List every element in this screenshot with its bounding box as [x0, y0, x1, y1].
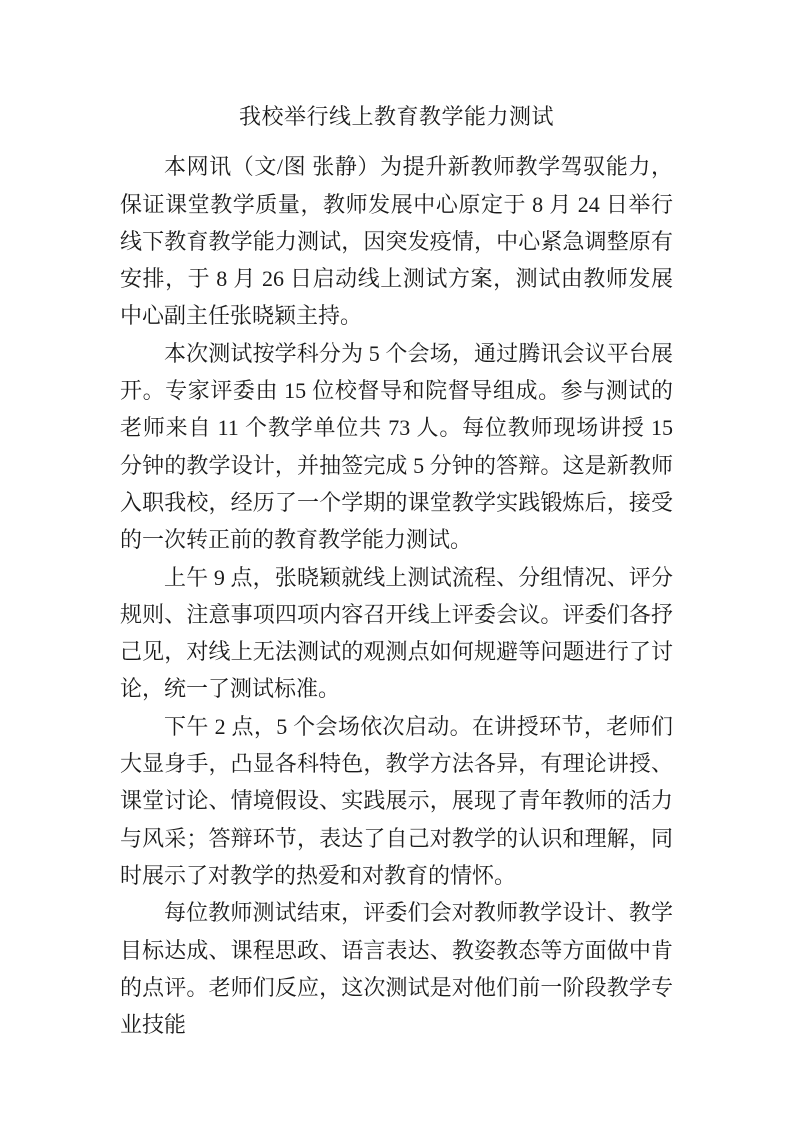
paragraph: 下午 2 点，5 个会场依次启动。在讲授环节，老师们大显身手，凸显各科特色，教学… — [120, 708, 673, 894]
document-page: 我校举行线上教育教学能力测试 本网讯（文/图 张静）为提升新教师教学驾驭能力，保… — [0, 0, 793, 1122]
paragraph: 本网讯（文/图 张静）为提升新教师教学驾驭能力，保证课堂教学质量，教师发展中心原… — [120, 148, 673, 334]
paragraph: 本次测试按学科分为 5 个会场，通过腾讯会议平台展开。专家评委由 15 位校督导… — [120, 335, 673, 559]
document-title: 我校举行线上教育教学能力测试 — [120, 98, 673, 135]
document-body: 本网讯（文/图 张静）为提升新教师教学驾驭能力，保证课堂教学质量，教师发展中心原… — [120, 148, 673, 1043]
paragraph: 上午 9 点，张晓颖就线上测试流程、分组情况、评分规则、注意事项四项内容召开线上… — [120, 559, 673, 708]
paragraph: 每位教师测试结束，评委们会对教师教学设计、教学目标达成、课程思政、语言表达、教姿… — [120, 894, 673, 1043]
